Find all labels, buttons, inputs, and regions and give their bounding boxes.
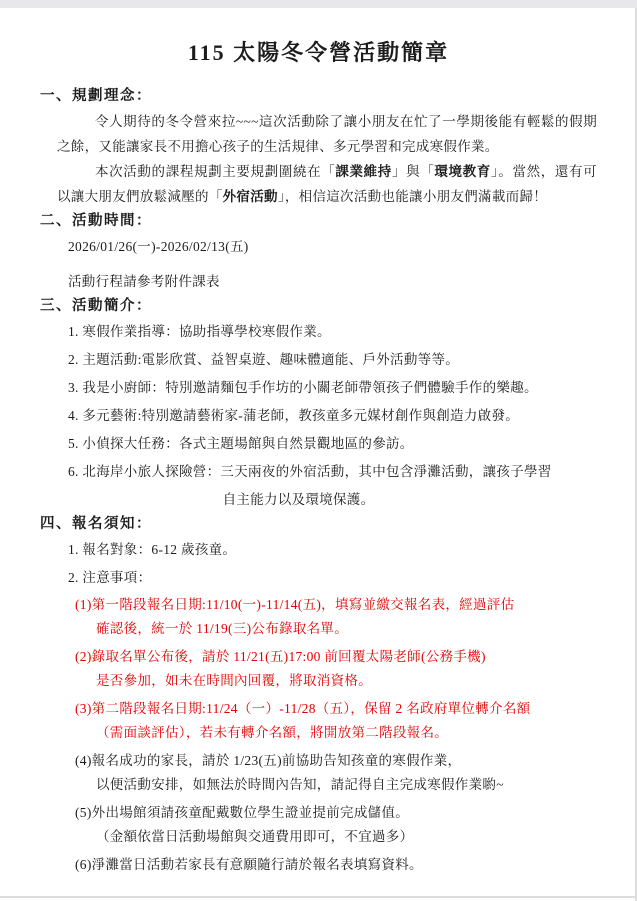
planning-paragraph-2: 本次活動的課程規劃主要規劃圍繞在「課業維持」與「環境教育」。當然，還有可以讓大朋…: [57, 159, 597, 209]
section-registration: 四、報名須知： 1. 報名對象：6-12 歲孩童。 2. 注意事項： (1)第一…: [40, 512, 597, 877]
registration-note-6: (6)淨灘當日活動若家長有意願隨行請於報名表填寫資料。: [75, 853, 597, 877]
paragraph-text: 」與「: [392, 164, 434, 179]
paragraph-text: 」，相信這次活動也能讓小朋友們滿載而歸！: [278, 189, 547, 204]
section-heading-overview: 三、活動簡介：: [40, 294, 597, 319]
activity-item-5: 5. 小偵探大任務：各式主題場館與自然景觀地區的參訪。: [68, 431, 597, 456]
activity-item-3: 3. 我是小廚師：特別邀請麵包手作坊的小關老師帶領孩子們體驗手作的樂趣。: [68, 375, 597, 400]
note-line-1: (2)錄取名單公布後，請於 11/21(五)17:00 前回覆太陽老師(公務手機…: [75, 645, 597, 669]
note-line-1: (6)淨灘當日活動若家長有意願隨行請於報名表填寫資料。: [75, 853, 597, 877]
registration-notice-label: 2. 注意事項：: [68, 565, 597, 590]
activity-item-1: 1. 寒假作業指導：協助指導學校寒假作業。: [68, 319, 597, 344]
planning-paragraph-1: 令人期待的冬令營來拉~~~這次活動除了讓小朋友在忙了一學期後能有輕鬆的假期之餘，…: [57, 109, 597, 159]
note-line-2: 是否參加，如未在時間內回覆，將取消資格。: [75, 669, 597, 693]
note-line-1: (4)報名成功的家長，請於 1/23(五)前協助告知孩童的寒假作業，: [75, 749, 597, 773]
document-title: 115 太陽冬令營活動簡章: [40, 38, 597, 68]
registration-list: 1. 報名對象：6-12 歲孩童。 2. 注意事項：: [68, 537, 597, 590]
section-overview: 三、活動簡介： 1. 寒假作業指導：協助指導學校寒假作業。 2. 主題活動:電影…: [40, 294, 597, 512]
registration-notes: (1)第一階段報名日期:11/10(一)-11/14(五)，填寫並繳交報名表，經…: [75, 593, 597, 877]
note-line-2: （金額依當日活動場館與交通費用即可，不宜過多）: [75, 825, 597, 849]
registration-target: 1. 報名對象：6-12 歲孩童。: [68, 537, 597, 562]
note-line-2: （需面談評估），若未有轉介名額，將開放第二階段報名。: [75, 721, 597, 745]
activity-item-4: 4. 多元藝術:特別邀請藝術家-蒲老師，教孩童多元媒材創作與創造力啟發。: [68, 403, 597, 428]
note-line-2: 以便活動安排，如無法於時間內告知，請記得自主完成寒假作業喲~: [75, 773, 597, 797]
paragraph-text: 本次活動的課程規劃主要規劃圍繞在「: [95, 164, 335, 179]
activity-item-6-continuation: 自主能力以及環境保護。: [0, 487, 597, 512]
registration-note-4: (4)報名成功的家長，請於 1/23(五)前協助告知孩童的寒假作業， 以便活動安…: [75, 749, 597, 797]
bold-term-overnight-activity: 外宿活動: [223, 189, 278, 204]
bold-term-course-maintenance: 課業維持: [335, 164, 392, 179]
note-line-1: (1)第一階段報名日期:11/10(一)-11/14(五)，填寫並繳交報名表，經…: [75, 593, 597, 617]
registration-note-3: (3)第二階段報名日期:11/24（一）-11/28（五），保留 2 名政府單位…: [75, 697, 597, 745]
registration-note-5: (5)外出場館須請孩童配戴數位學生證並提前完成儲值。 （金額依當日活動場館與交通…: [75, 801, 597, 849]
registration-note-2: (2)錄取名單公布後，請於 11/21(五)17:00 前回覆太陽老師(公務手機…: [75, 645, 597, 693]
schedule-reference-note: 活動行程請參考附件課表: [68, 269, 597, 294]
activity-date-range: 2026/01/26(一)-2026/02/13(五): [68, 234, 597, 259]
note-line-1: (3)第二階段報名日期:11/24（一）-11/28（五），保留 2 名政府單位…: [75, 697, 597, 721]
section-heading-registration: 四、報名須知：: [40, 512, 597, 537]
bold-term-environmental-education: 環境教育: [434, 164, 491, 179]
document-page: 115 太陽冬令營活動簡章 一、規劃理念： 令人期待的冬令營來拉~~~這次活動除…: [0, 0, 637, 877]
section-time: 二、活動時間： 2026/01/26(一)-2026/02/13(五) 活動行程…: [40, 209, 597, 294]
activity-item-6: 6. 北海岸小旅人探險營：三天兩夜的外宿活動，其中包含淨灘活動，讓孩子學習: [68, 459, 597, 484]
section-heading-planning: 一、規劃理念：: [40, 84, 597, 109]
note-line-1: (5)外出場館須請孩童配戴數位學生證並提前完成儲值。: [75, 801, 597, 825]
page-bottom-edge: [0, 896, 637, 898]
note-line-2: 確認後，統一於 11/19(三)公布錄取名單。: [75, 617, 597, 641]
registration-note-1: (1)第一階段報名日期:11/10(一)-11/14(五)，填寫並繳交報名表，經…: [75, 593, 597, 641]
activity-list: 1. 寒假作業指導：協助指導學校寒假作業。 2. 主題活動:電影欣賞、益智桌遊、…: [68, 319, 597, 512]
section-heading-time: 二、活動時間：: [40, 209, 597, 234]
activity-item-2: 2. 主題活動:電影欣賞、益智桌遊、趣味體適能、戶外活動等等。: [68, 347, 597, 372]
section-planning: 一、規劃理念： 令人期待的冬令營來拉~~~這次活動除了讓小朋友在忙了一學期後能有…: [40, 84, 597, 209]
